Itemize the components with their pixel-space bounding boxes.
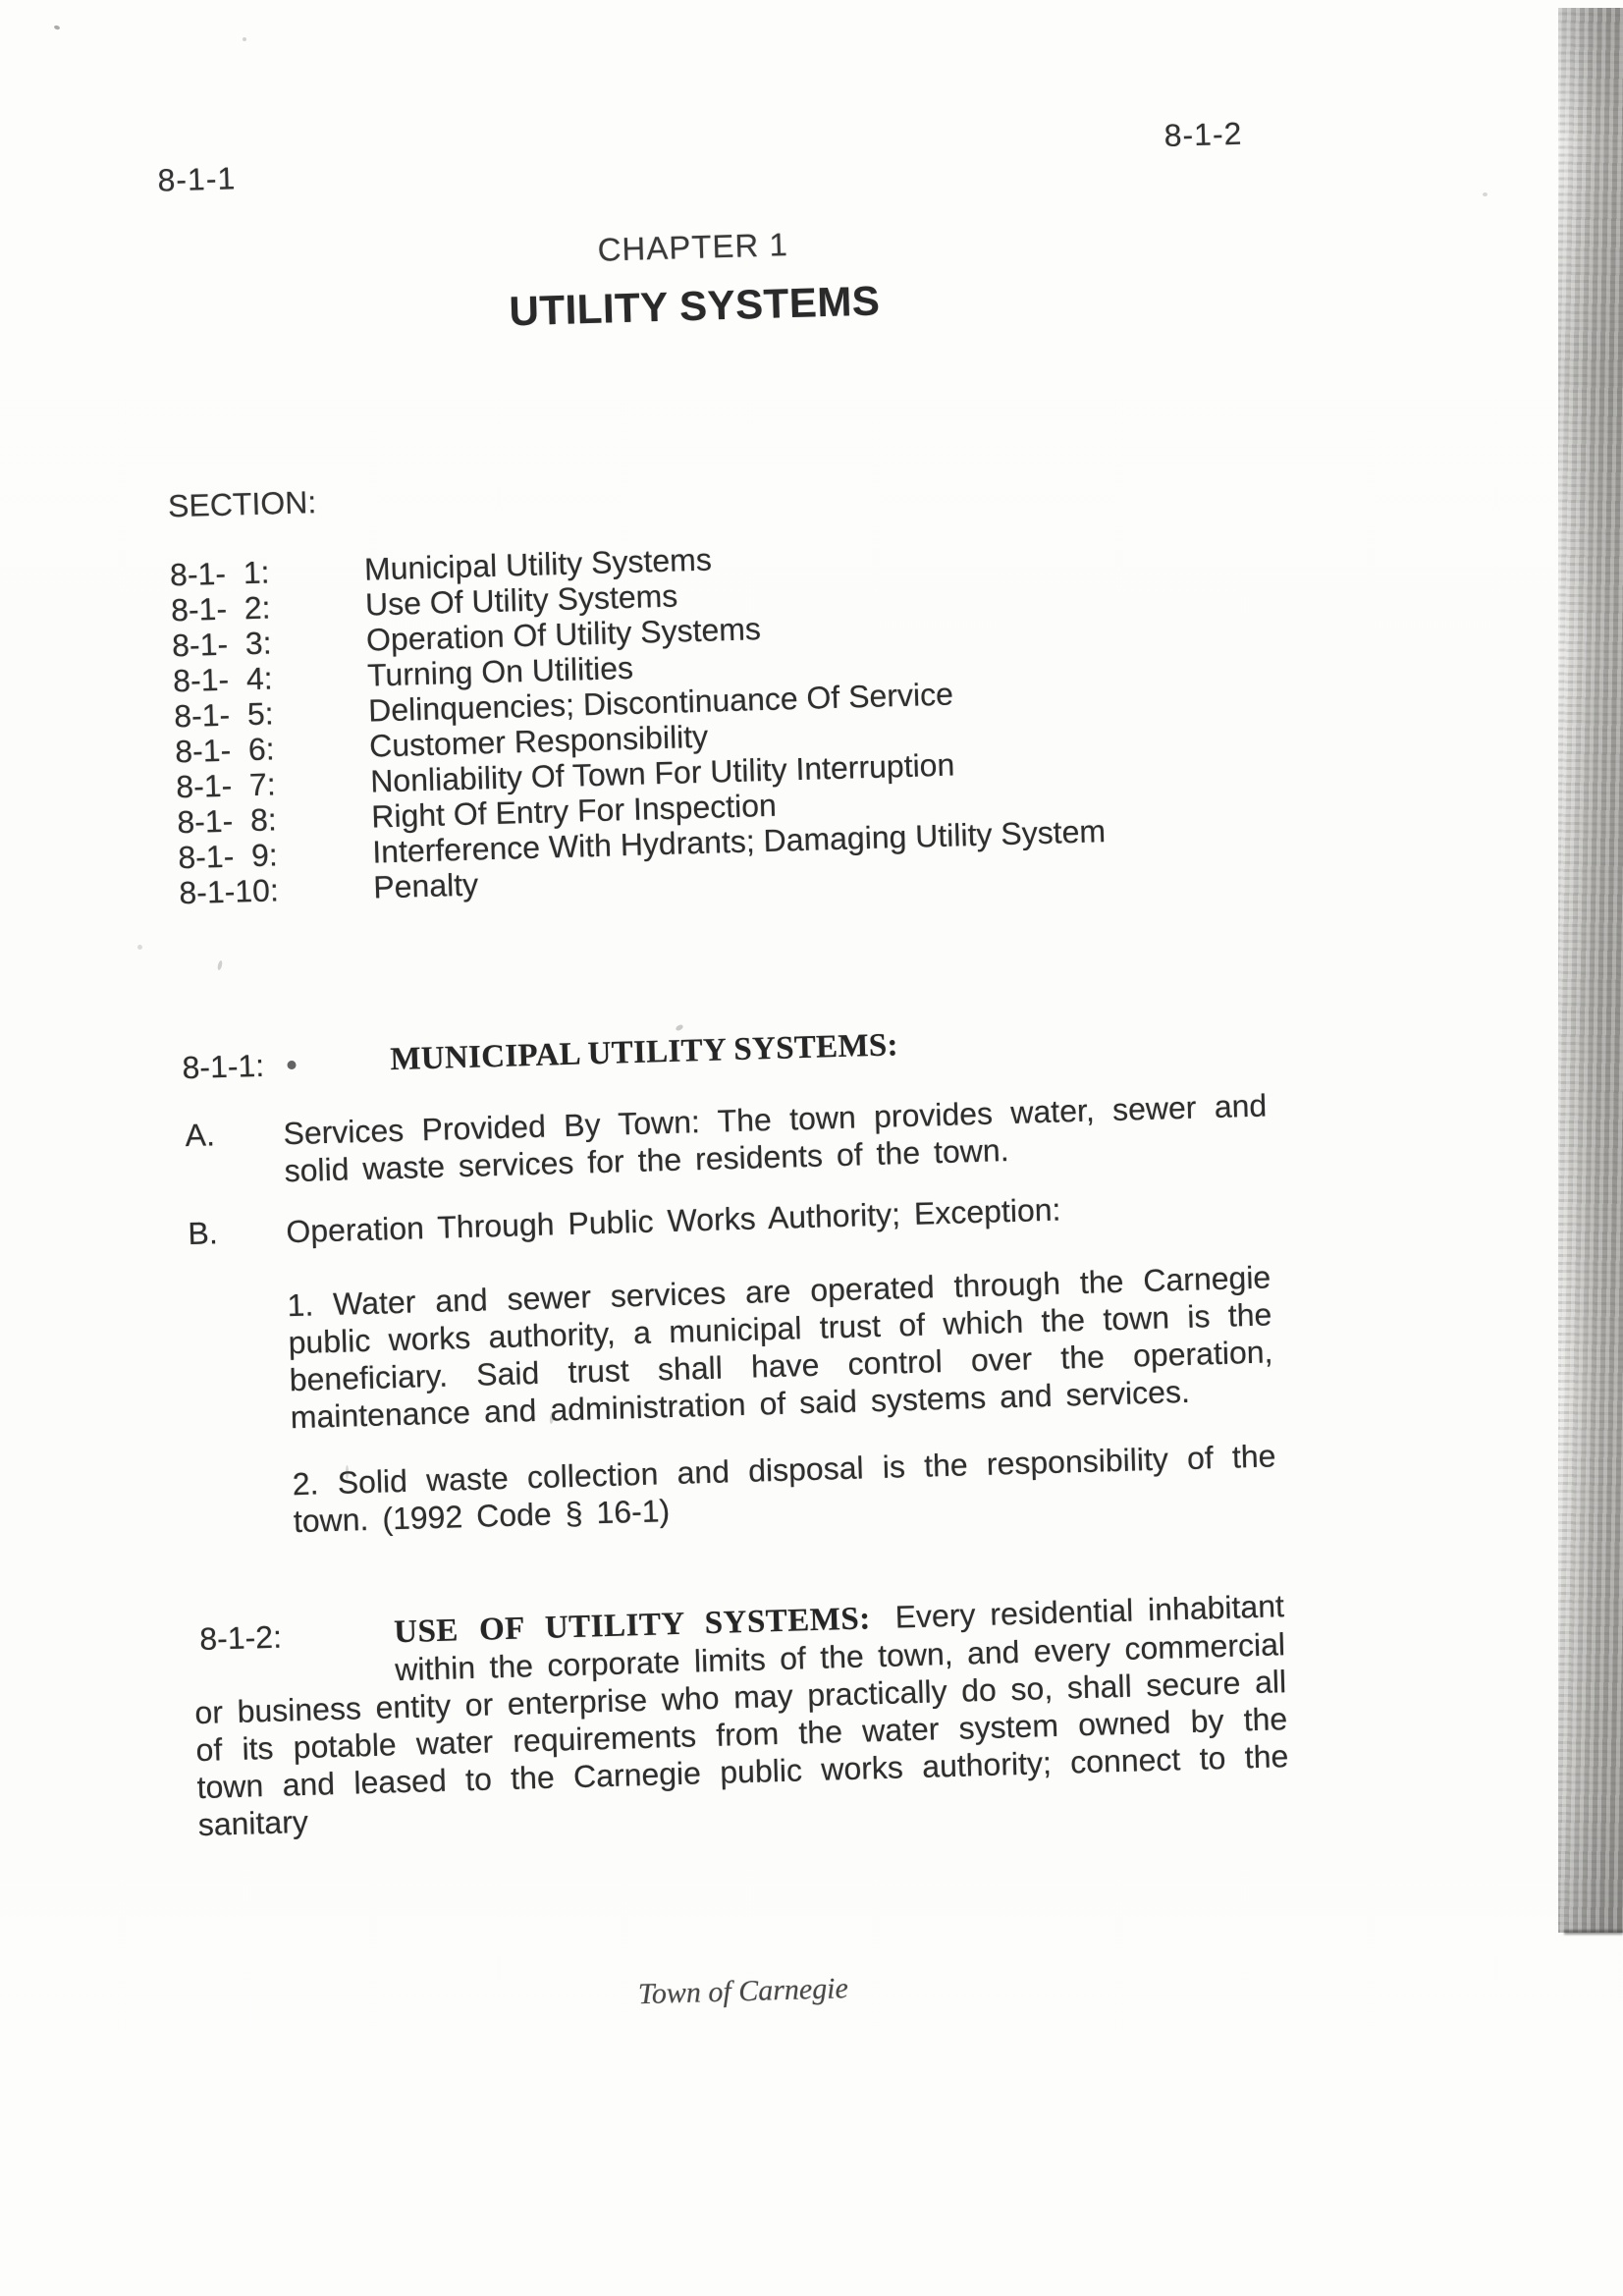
- paragraph-a: A. Services Provided By Town: The town p…: [168, 1086, 1270, 1192]
- section-8-1-1-number: 8-1-1:: [182, 1048, 265, 1086]
- subparagraph-2: 2. Solid waste collection and disposal i…: [292, 1437, 1277, 1540]
- scan-speck: [346, 1465, 349, 1479]
- document-content: 8-1-1 8-1-2 CHAPTER 1 UTILITY SYSTEMS SE…: [139, 101, 1333, 2049]
- footer-text: Town of Carnegie: [498, 1968, 990, 2015]
- page-ref-left: 8-1-1: [157, 160, 237, 198]
- scan-speck: [137, 945, 142, 950]
- scan-speck: [287, 1061, 296, 1069]
- toc-num: 8-1- 5:: [174, 693, 369, 735]
- section-8-1-2: 8-1-2: USE OF UTILITY SYSTEMS: Every res…: [192, 1587, 1290, 1843]
- paragraph-b: B. Operation Through Public Works Author…: [171, 1184, 1271, 1253]
- toc-num: 8-1- 7:: [176, 764, 371, 805]
- scanned-page: 8-1-1 8-1-2 CHAPTER 1 UTILITY SYSTEMS SE…: [0, 0, 1623, 2296]
- section-heading: SECTION:: [168, 484, 317, 524]
- toc-num: 8-1- 1:: [170, 552, 365, 593]
- chapter-label: CHAPTER 1: [597, 226, 788, 268]
- subparagraph-1: 1. Water and sewer services are operated…: [287, 1258, 1274, 1436]
- toc-num: 8-1- 8:: [177, 799, 372, 841]
- toc-num: 8-1- 2:: [171, 587, 366, 629]
- toc-num: 8-1- 9:: [178, 835, 373, 876]
- section-8-1-1-heading-row: 8-1-1: MUNICIPAL UTILITY SYSTEMS:: [182, 1016, 1272, 1087]
- scan-artifact-strip: [1558, 8, 1623, 1933]
- toc-num: 8-1- 3:: [172, 623, 367, 664]
- chapter-title: UTILITY SYSTEMS: [509, 277, 881, 334]
- toc-num: 8-1-10:: [179, 870, 374, 911]
- page-ref-right: 8-1-2: [1163, 116, 1243, 154]
- toc-title: Penalty: [373, 866, 479, 904]
- paragraph-a-text: Services Provided By Town: The town prov…: [283, 1086, 1269, 1189]
- section-8-1-1-title: MUNICIPAL UTILITY SYSTEMS:: [390, 1027, 898, 1078]
- toc-num: 8-1- 6:: [175, 729, 370, 770]
- toc-num: 8-1- 4:: [173, 658, 368, 699]
- paragraph-a-label: A.: [185, 1117, 215, 1154]
- scan-speck: [53, 25, 60, 30]
- paragraph-b-label: B.: [188, 1215, 218, 1252]
- scan-speck: [243, 37, 246, 41]
- chapter-title-row: UTILITY SYSTEMS: [144, 267, 1245, 346]
- section-8-1-2-number: 8-1-2:: [199, 1618, 283, 1658]
- paragraph-b-text: Operation Through Public Works Authority…: [286, 1184, 1278, 1250]
- scan-speck: [1483, 192, 1488, 196]
- toc-list: 8-1- 1:Municipal Utility Systems 8-1- 2:…: [170, 526, 1262, 911]
